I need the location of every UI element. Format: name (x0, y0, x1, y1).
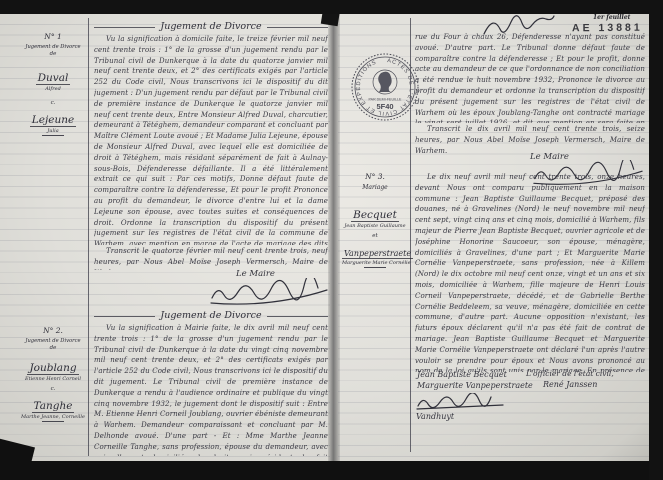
entry-2-continuation: rue du Four à chaux 26, Défenderesse n'a… (415, 32, 645, 123)
versus-word: c. (21, 386, 85, 392)
margin-flourish-rule (42, 135, 64, 136)
heading-text: Jugement de Divorce (160, 310, 261, 321)
heading-rule (267, 315, 328, 317)
versus-word: c. (21, 100, 85, 106)
entry-type: Jugement de Divorce (21, 44, 85, 50)
groom-firstnames: Jean Baptiste Guillaume (342, 223, 408, 229)
scan-border-bottom (0, 461, 663, 480)
party-one-name: Duval (36, 72, 71, 85)
stamp-banner-text: PAR DEMI-FEUILLE (369, 98, 402, 102)
scan-border-right (649, 0, 663, 480)
margin-note-entry-3: N° 3. Mariage Becquet Jean Baptiste Guil… (342, 172, 408, 268)
scan-border-top (0, 0, 663, 14)
officer-signature: René Janssen (543, 380, 597, 389)
heading-rule (94, 26, 155, 28)
entry-type: Mariage (342, 184, 408, 191)
bride-signature: Marguerite Vanpeperstraete (417, 381, 533, 390)
entry-type: Jugement de Divorce (21, 338, 85, 344)
party-one-name: Joublang (27, 362, 78, 375)
party-one-firstnames: Etienne Henri Corneil (21, 376, 85, 382)
groom-surname: Becquet (351, 209, 399, 222)
margin-flourish-rule (42, 421, 64, 422)
entry-1-transcription: Transcrit le quatorze février mil neuf c… (94, 246, 328, 270)
party-two-name: Tanghe (32, 400, 75, 413)
heading-rule (267, 26, 328, 28)
entry-link-word: et (342, 233, 408, 239)
marianne-head-icon (378, 72, 391, 92)
left-page: N° 1 Jugement de Divorce de Duval Alfred… (0, 14, 330, 461)
right-page: 1er feuillet AE 13881 ACTES DE L'ÉTAT CI… (338, 14, 649, 461)
fiscal-stamp: ACTES DE L'ÉTAT CIVIL ET EXPÉDITIONS PAR… (350, 52, 420, 122)
heading-text: Jugement de Divorce (160, 21, 261, 32)
entry-link-word: de (21, 51, 85, 57)
party-two-name: Lejeune (30, 114, 76, 127)
stamp-denomination: 5F40 (376, 102, 393, 111)
entry-3-body: Le dix neuf avril mil neuf cent trente t… (415, 172, 645, 372)
margin-note-entry-2: N° 2. Jugement de Divorce de Joublang Et… (21, 326, 85, 422)
entry-2-heading: Jugement de Divorce (94, 307, 328, 319)
officer-title: L'officier de l'état civil, (526, 369, 614, 378)
party-two-firstnames: Julia (21, 128, 85, 134)
groom-signature: Jean Baptiste Becquet (417, 370, 507, 379)
bride-surname: Vanpeperstraete (342, 249, 413, 259)
party-two-firstnames: Marthe Jeanne, Corneille (21, 414, 85, 420)
entry-link-word: de (21, 345, 85, 351)
margin-note-entry-1: N° 1 Jugement de Divorce de Duval Alfred… (21, 32, 85, 136)
entry-number: N° 1 (21, 32, 85, 41)
entry-1-heading: Jugement de Divorce (94, 18, 328, 30)
register-double-page: N° 1 Jugement de Divorce de Duval Alfred… (0, 14, 649, 461)
feuillet-label: 1er feuillet (593, 14, 630, 21)
mayor-signature-icon (208, 278, 330, 308)
witness-signature: Vandhuyt (416, 412, 454, 421)
entry-2-body: Vu la signification à Mairie faite, le d… (94, 323, 328, 456)
heading-rule (94, 315, 155, 317)
entry-number: N° 3. (342, 172, 408, 181)
bride-firstnames: Marguerite Marie Cornélie (342, 260, 408, 266)
margin-flourish-rule (364, 267, 386, 268)
witness-signature-scrawl-icon (414, 393, 506, 413)
entry-1-body: Vu la signification à domicile faite, le… (94, 34, 328, 245)
left-margin-rule (88, 18, 89, 456)
scanned-register-photo: N° 1 Jugement de Divorce de Duval Alfred… (0, 0, 663, 480)
entry-number: N° 2. (21, 326, 85, 335)
party-one-firstnames: Alfred (21, 86, 85, 92)
